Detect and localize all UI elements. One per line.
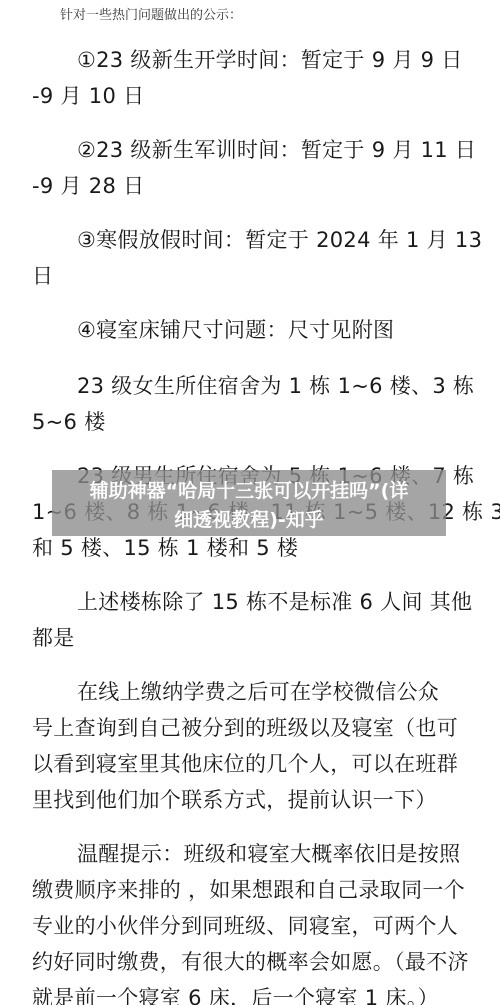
text-line: 都是 (32, 622, 75, 652)
title-overlay-banner: 辅助神器“哈局十三张可以开挂吗”(详 细透视教程)-知乎 (52, 470, 446, 536)
notice-header: 针对一些热门问题做出的公示： (60, 4, 242, 23)
text-line: ④寝室床铺尺寸问题：尺寸见附图 (77, 314, 394, 344)
text-line: 温醒提示：班级和寝室大概率依旧是按照 (77, 838, 460, 868)
text-line: 5~6 楼 (32, 406, 106, 436)
text-line: 号上查询到自己被分到的班级以及寝室（也可 (32, 712, 458, 742)
text-line: -9 月 10 日 (32, 80, 144, 110)
overlay-title-line-1: 辅助神器“哈局十三张可以开挂吗”(详 (52, 476, 446, 503)
text-line: ①23 级新生开学时间：暂定于 9 月 9 日 (77, 44, 463, 74)
text-line: 约好同时缴费，有很大的概率会如愿。（最不济 (32, 946, 469, 976)
text-line: ②23 级新生军训时间：暂定于 9 月 11 日 (77, 134, 476, 164)
text-line: 就是前一个寝室 6 床，后一个寝室 1 床。） (32, 982, 439, 1005)
text-line: 和 5 楼、15 栋 1 楼和 5 楼 (32, 532, 298, 562)
text-line: 以看到寝室里其他床位的几个人，可以在班群 (32, 748, 458, 778)
text-line: 专业的小伙伴分到同班级、同寝室，可两个人 (32, 910, 458, 940)
text-line: ③寒假放假时间：暂定于 2024 年 1 月 13 (77, 224, 482, 254)
text-line: 缴费顺序来排的 ，如果想跟和自己录取同一个 (32, 874, 465, 904)
text-line: 里找到他们加个联系方式，提前认识一下） (32, 784, 437, 814)
overlay-title-line-2: 细透视教程)-知乎 (52, 505, 446, 532)
text-line: 23 级女生所住宿舍为 1 栋 1~6 楼、3 栋 (77, 370, 474, 400)
text-line: 上述楼栋除了 15 栋不是标准 6 人间 其他 (77, 586, 472, 616)
text-line: 在线上缴纳学费之后可在学校微信公众 (77, 676, 439, 706)
text-line: 日 (32, 260, 53, 290)
text-line: -9 月 28 日 (32, 170, 144, 200)
